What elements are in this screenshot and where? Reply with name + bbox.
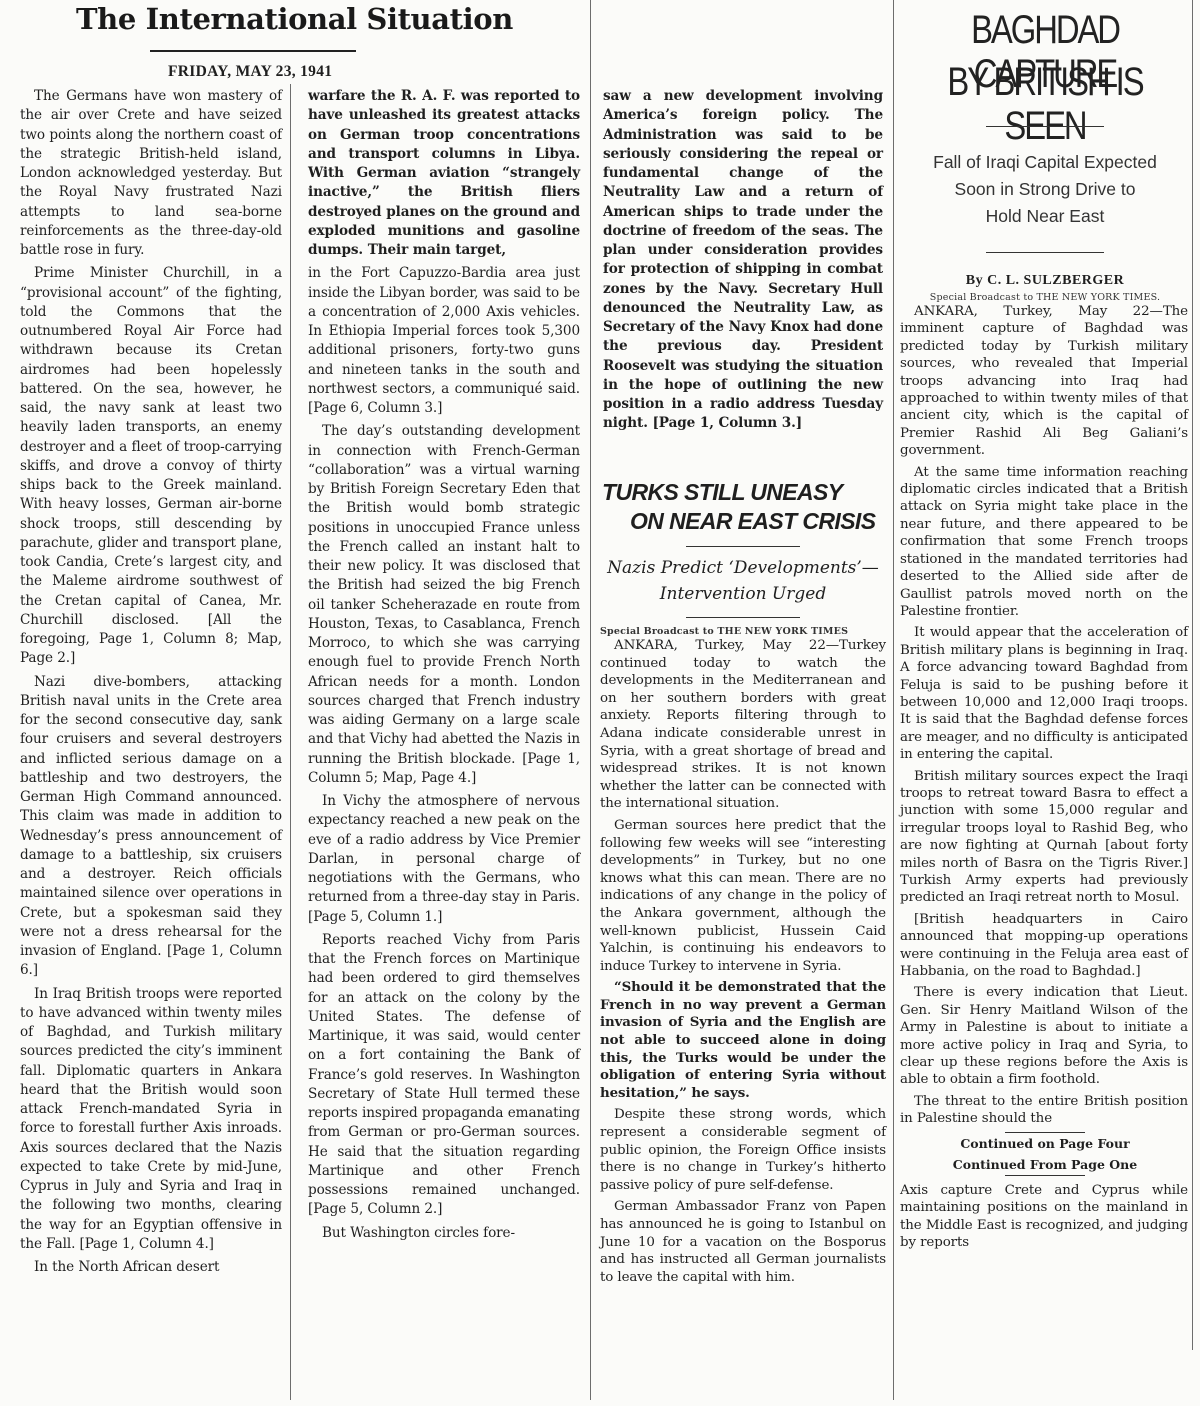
article-headline: TURKS STILL UNEASY [600, 478, 886, 507]
paragraph: Despite these strong words, which repres… [600, 1106, 886, 1194]
paragraph: In Vichy the atmosphere of nervous expec… [308, 792, 580, 927]
column-divider [290, 84, 291, 1400]
newspaper-clipping: The International Situation FRIDAY, MAY … [0, 0, 1200, 1406]
article-deck: Intervention Urged [600, 581, 886, 607]
paragraph: warfare the R. A. F. was reported to hav… [308, 87, 580, 260]
headline-rule [686, 617, 800, 618]
paragraph: There is every indication that Lieut. Ge… [900, 984, 1188, 1088]
title-rule [150, 50, 356, 52]
paragraph: German sources here predict that the fol… [600, 817, 886, 975]
article-body: ANKARA, Turkey, May 22—The imminent capt… [900, 303, 1188, 1128]
summary-column-2: warfare the R. A. F. was reported to hav… [308, 87, 580, 1247]
paragraph: But Washington circles fore- [308, 1224, 580, 1243]
paragraph: Axis capture Crete and Cyprus while main… [900, 1182, 1188, 1252]
paragraph: Reports reached Vichy from Paris that th… [308, 931, 580, 1220]
paragraph: Prime Minister Churchill, in a “provisio… [20, 264, 282, 668]
article-continuation: Axis capture Crete and Cyprus while main… [900, 1182, 1188, 1252]
paragraph: In the North African desert [20, 1258, 282, 1277]
summary-column-3: saw a new development involving America’… [603, 87, 883, 438]
paragraph: in the Fort Capuzzo-Bardia area just ins… [308, 264, 580, 418]
wire-credit: Special Broadcast to THE NEW YORK TIMES. [900, 292, 1190, 303]
baghdad-article: Fall of Iraqi Capital Expected Soon in S… [900, 126, 1190, 1255]
article-body: ANKARA, Turkey, May 22—Turkey continued … [600, 637, 886, 1286]
paragraph: British military sources expect the Iraq… [900, 768, 1188, 907]
article-deck: Fall of Iraqi Capital Expected [900, 149, 1190, 176]
column-divider [1192, 0, 1193, 1350]
paragraph: Nazi dive-bombers, attacking British nav… [20, 673, 282, 981]
section-title: The International Situation [76, 2, 513, 36]
headline-rule [986, 126, 1104, 127]
paragraph: The Germans have won mastery of the air … [20, 87, 282, 260]
paragraph: “Should it be demonstrated that the Fren… [600, 979, 886, 1102]
dateline: FRIDAY, MAY 23, 1941 [168, 63, 332, 81]
paragraph: At the same time information reaching di… [900, 464, 1188, 621]
paragraph: It would appear that the acceleration of… [900, 624, 1188, 763]
column-divider [590, 0, 591, 1400]
paragraph: In Iraq British troops were reported to … [20, 985, 282, 1255]
jump-rule [1005, 1175, 1085, 1176]
turks-article: TURKS STILL UNEASY ON NEAR EAST CRISIS N… [600, 478, 886, 1290]
summary-column-1: The Germans have won mastery of the air … [20, 87, 282, 1281]
article-deck: Hold Near East [900, 203, 1190, 230]
byline: By C. L. SULZBERGER [900, 273, 1190, 289]
paragraph: [British headquarters in Cairo announced… [900, 911, 1188, 981]
article-headline: ON NEAR EAST CRISIS [600, 507, 886, 536]
paragraph: ANKARA, Turkey, May 22—Turkey continued … [600, 637, 886, 813]
headline-rule [686, 546, 800, 547]
paragraph: saw a new development involving America’… [603, 87, 883, 434]
paragraph: ANKARA, Turkey, May 22—The imminent capt… [900, 303, 1188, 460]
column-divider [893, 0, 894, 1400]
article-deck: Soon in Strong Drive to [900, 176, 1190, 203]
headline-rule [986, 252, 1104, 253]
article-deck: Nazis Predict ‘Developments’— [600, 555, 886, 581]
wire-credit: Special Broadcast to THE NEW YORK TIMES [600, 626, 886, 637]
paragraph: The day’s outstanding development in con… [308, 422, 580, 788]
paragraph: The threat to the entire British positio… [900, 1093, 1188, 1128]
paragraph: German Ambassador Franz von Papen has an… [600, 1198, 886, 1286]
continued-on-label: Continued on Page Four [900, 1133, 1190, 1154]
continued-from-label: Continued From Page One [900, 1154, 1190, 1175]
